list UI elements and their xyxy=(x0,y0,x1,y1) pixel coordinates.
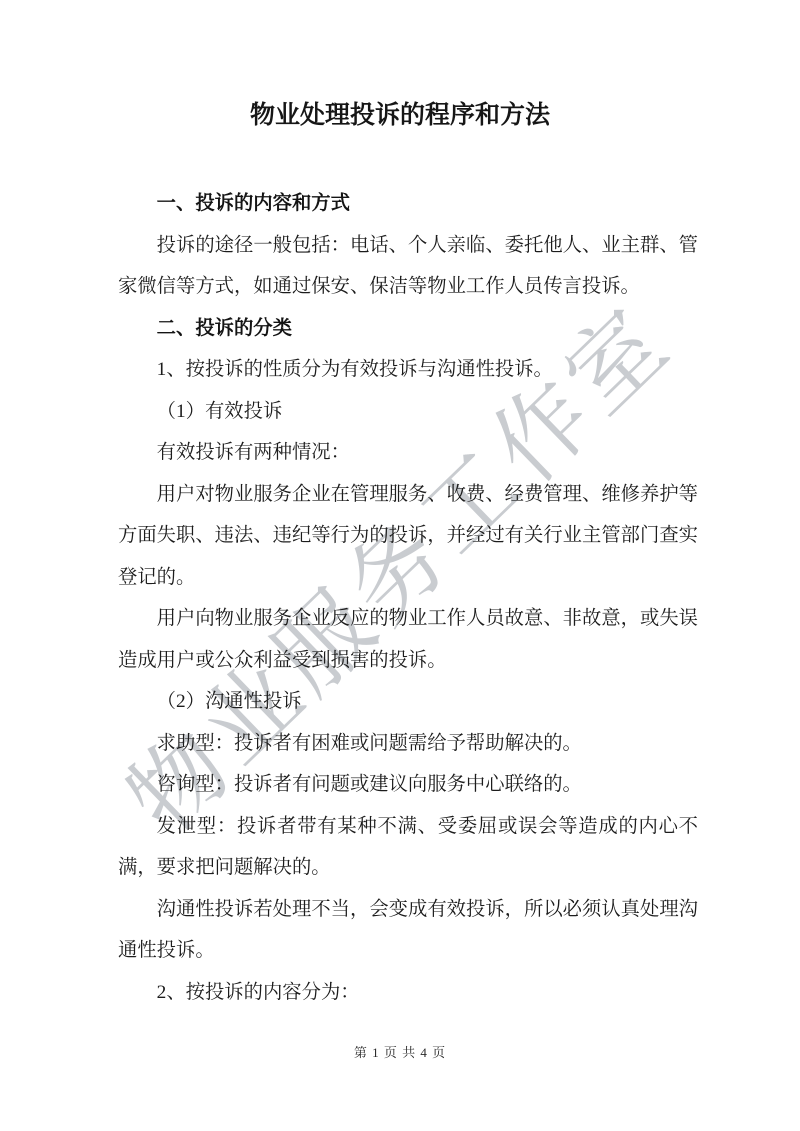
paragraph: 有效投诉有两种情况： xyxy=(118,432,698,474)
paragraph: 用户对物业服务企业在管理服务、收费、经费管理、维修养护等方面失职、违法、违纪等行… xyxy=(118,474,698,599)
document-page: 物业服务工作室 物业处理投诉的程序和方法 一、投诉的内容和方式 投诉的途径一般包… xyxy=(0,0,800,1131)
document-title: 物业处理投诉的程序和方法 xyxy=(0,99,800,133)
section-heading: 一、投诉的内容和方式 xyxy=(118,183,698,225)
paragraph: （2）沟通性投诉 xyxy=(118,681,698,723)
document-content: 物业处理投诉的程序和方法 一、投诉的内容和方式 投诉的途径一般包括：电话、个人亲… xyxy=(0,0,800,1013)
paragraph: （1）有效投诉 xyxy=(118,391,698,433)
paragraph: 咨询型：投诉者有问题或建议向服务中心联络的。 xyxy=(118,764,698,806)
page-number: 第 1 页 共 4 页 xyxy=(0,1042,800,1061)
paragraph: 投诉的途径一般包括：电话、个人亲临、委托他人、业主群、管家微信等方式，如通过保安… xyxy=(118,225,698,308)
paragraph: 发泄型：投诉者带有某种不满、受委屈或误会等造成的内心不满，要求把问题解决的。 xyxy=(118,806,698,889)
paragraph: 1、按投诉的性质分为有效投诉与沟通性投诉。 xyxy=(118,349,698,391)
paragraph: 沟通性投诉若处理不当，会变成有效投诉，所以必须认真处理沟通性投诉。 xyxy=(118,889,698,972)
paragraph: 求助型：投诉者有困难或问题需给予帮助解决的。 xyxy=(118,723,698,765)
paragraph: 2、按投诉的内容分为： xyxy=(118,972,698,1014)
paragraph: 用户向物业服务企业反应的物业工作人员故意、非故意，或失误造成用户或公众利益受到损… xyxy=(118,598,698,681)
document-body: 一、投诉的内容和方式 投诉的途径一般包括：电话、个人亲临、委托他人、业主群、管家… xyxy=(118,183,698,1013)
section-heading: 二、投诉的分类 xyxy=(118,308,698,350)
